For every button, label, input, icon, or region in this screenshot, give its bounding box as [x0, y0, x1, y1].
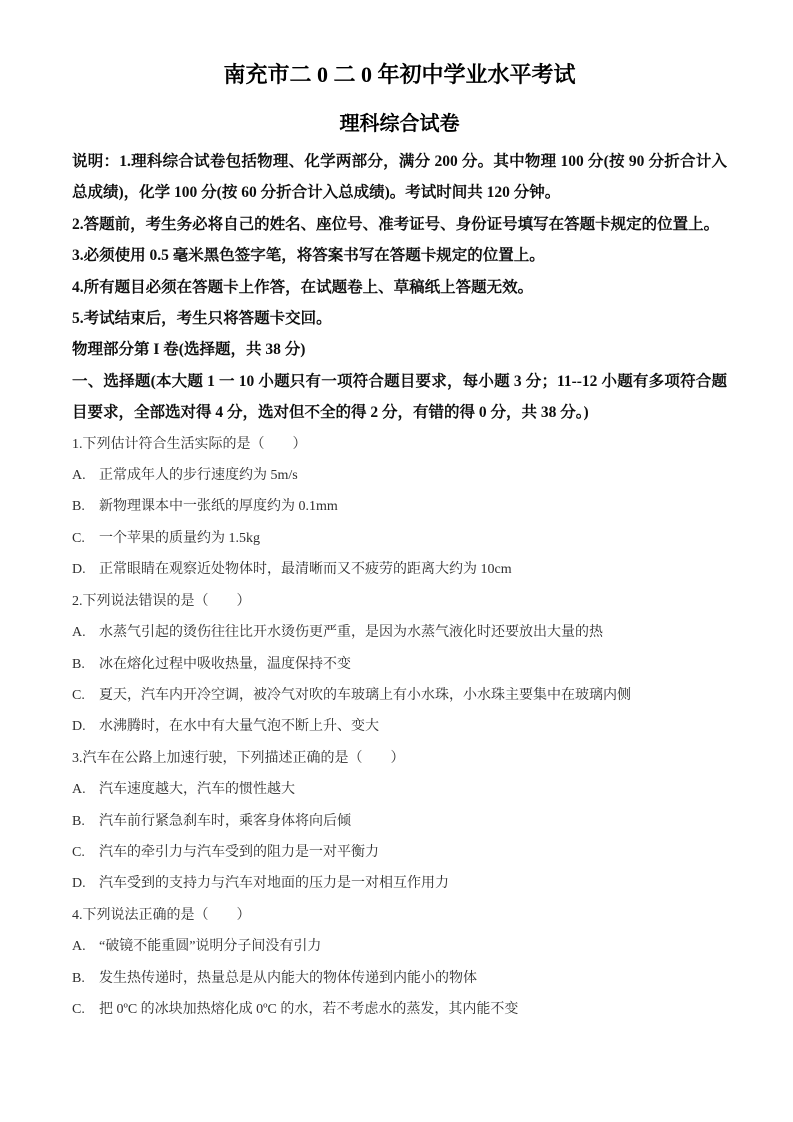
- option-text: 夏天，汽车内开冷空调，被冷气对吹的车玻璃上有小水珠，小水珠主要集中在玻璃内侧: [99, 688, 631, 703]
- question-2-option-a: A.水蒸气引起的烫伤往往比开水烫伤更严重，是因为水蒸气液化时还要放出大量的热: [72, 617, 727, 648]
- option-text: 把 0ºC 的冰块加热熔化成 0ºC 的水，若不考虑水的蒸发，其内能不变: [99, 1002, 518, 1017]
- option-label: B.: [72, 491, 90, 522]
- question-1-option-d: D.正常眼睛在观察近处物体时，最清晰而又不疲劳的距离大约为 10cm: [72, 554, 727, 585]
- option-label: C.: [72, 680, 90, 711]
- option-label: A.: [72, 774, 90, 805]
- question-4-option-c: C.把 0ºC 的冰块加热熔化成 0ºC 的水，若不考虑水的蒸发，其内能不变: [72, 994, 727, 1025]
- option-text: 新物理课本中一张纸的厚度约为 0.1mm: [99, 499, 338, 514]
- option-label: D.: [72, 554, 90, 585]
- question-3: 3.汽车在公路上加速行驶，下列描述正确的是（ ） A.汽车速度越大，汽车的惯性越…: [72, 743, 727, 900]
- question-2-option-b: B.冰在熔化过程中吸收热量，温度保持不变: [72, 649, 727, 680]
- question-3-option-a: A.汽车速度越大，汽车的惯性越大: [72, 774, 727, 805]
- option-text: 汽车速度越大，汽车的惯性越大: [99, 782, 295, 797]
- question-4: 4.下列说法正确的是（ ） A.“破镜不能重圆”说明分子间没有引力 B.发生热传…: [72, 900, 727, 1026]
- exam-note-1: 说明：1.理科综合试卷包括物理、化学两部分，满分 200 分。其中物理 100 …: [72, 146, 727, 209]
- option-label: C.: [72, 837, 90, 868]
- option-label: B.: [72, 963, 90, 994]
- question-2-option-d: D.水沸腾时，在水中有大量气泡不断上升、变大: [72, 711, 727, 742]
- exam-notes: 说明：1.理科综合试卷包括物理、化学两部分，满分 200 分。其中物理 100 …: [72, 146, 727, 334]
- option-text: 发生热传递时，热量总是从内能大的物体传递到内能小的物体: [99, 971, 477, 986]
- option-label: A.: [72, 931, 90, 962]
- option-text: 汽车前行紧急刹车时，乘客身体将向后倾: [99, 814, 351, 829]
- question-1: 1.下列估计符合生活实际的是（ ） A.正常成年人的步行速度约为 5m/s B.…: [72, 429, 727, 586]
- question-4-option-b: B.发生热传递时，热量总是从内能大的物体传递到内能小的物体: [72, 963, 727, 994]
- question-4-option-a: A.“破镜不能重圆”说明分子间没有引力: [72, 931, 727, 962]
- exam-note-2: 2.答题前，考生务必将自己的姓名、座位号、准考证号、身份证号填写在答题卡规定的位…: [72, 209, 727, 240]
- question-3-option-d: D.汽车受到的支持力与汽车对地面的压力是一对相互作用力: [72, 868, 727, 899]
- option-text: 汽车受到的支持力与汽车对地面的压力是一对相互作用力: [99, 876, 449, 891]
- question-1-option-b: B.新物理课本中一张纸的厚度约为 0.1mm: [72, 491, 727, 522]
- question-4-stem: 4.下列说法正确的是（ ）: [72, 900, 727, 931]
- question-2: 2.下列说法错误的是（ ） A.水蒸气引起的烫伤往往比开水烫伤更严重，是因为水蒸…: [72, 586, 727, 743]
- option-text: 汽车的牵引力与汽车受到的阻力是一对平衡力: [99, 845, 379, 860]
- option-text: 正常眼睛在观察近处物体时，最清晰而又不疲劳的距离大约为 10cm: [99, 562, 512, 577]
- option-label: B.: [72, 806, 90, 837]
- exam-note-3: 3.必须使用 0.5 毫米黑色签字笔，将答案书写在答题卡规定的位置上。: [72, 240, 727, 271]
- section-heading: 物理部分第 I 卷(选择题，共 38 分): [72, 334, 727, 365]
- option-label: A.: [72, 617, 90, 648]
- question-1-option-c: C.一个苹果的质量约为 1.5kg: [72, 523, 727, 554]
- option-label: C.: [72, 994, 90, 1025]
- option-text: 冰在熔化过程中吸收热量，温度保持不变: [99, 657, 351, 672]
- question-3-option-c: C.汽车的牵引力与汽车受到的阻力是一对平衡力: [72, 837, 727, 868]
- option-label: D.: [72, 868, 90, 899]
- page-title: 南充市二 0 二 0 年初中学业水平考试: [72, 58, 727, 92]
- question-2-stem: 2.下列说法错误的是（ ）: [72, 586, 727, 617]
- question-1-option-a: A.正常成年人的步行速度约为 5m/s: [72, 460, 727, 491]
- page-subtitle: 理科综合试卷: [72, 108, 727, 140]
- exam-note-5: 5.考试结束后，考生只将答题卡交回。: [72, 303, 727, 334]
- exam-paper-page: 南充市二 0 二 0 年初中学业水平考试 理科综合试卷 说明：1.理科综合试卷包…: [0, 0, 793, 1122]
- option-text: 一个苹果的质量约为 1.5kg: [99, 531, 260, 546]
- option-label: B.: [72, 649, 90, 680]
- option-label: C.: [72, 523, 90, 554]
- question-3-option-b: B.汽车前行紧急刹车时，乘客身体将向后倾: [72, 806, 727, 837]
- option-text: 水沸腾时，在水中有大量气泡不断上升、变大: [99, 719, 379, 734]
- option-text: 正常成年人的步行速度约为 5m/s: [99, 468, 298, 483]
- question-3-stem: 3.汽车在公路上加速行驶，下列描述正确的是（ ）: [72, 743, 727, 774]
- option-text: “破镜不能重圆”说明分子间没有引力: [99, 939, 321, 954]
- question-2-option-c: C.夏天，汽车内开冷空调，被冷气对吹的车玻璃上有小水珠，小水珠主要集中在玻璃内侧: [72, 680, 727, 711]
- question-1-stem: 1.下列估计符合生活实际的是（ ）: [72, 429, 727, 460]
- option-text: 水蒸气引起的烫伤往往比开水烫伤更严重，是因为水蒸气液化时还要放出大量的热: [99, 625, 603, 640]
- option-label: D.: [72, 711, 90, 742]
- exam-note-4: 4.所有题目必须在答题卡上作答，在试题卷上、草稿纸上答题无效。: [72, 272, 727, 303]
- subsection-heading: 一、选择题(本大题 1 一 10 小题只有一项符合题目要求，每小题 3 分；11…: [72, 366, 727, 429]
- option-label: A.: [72, 460, 90, 491]
